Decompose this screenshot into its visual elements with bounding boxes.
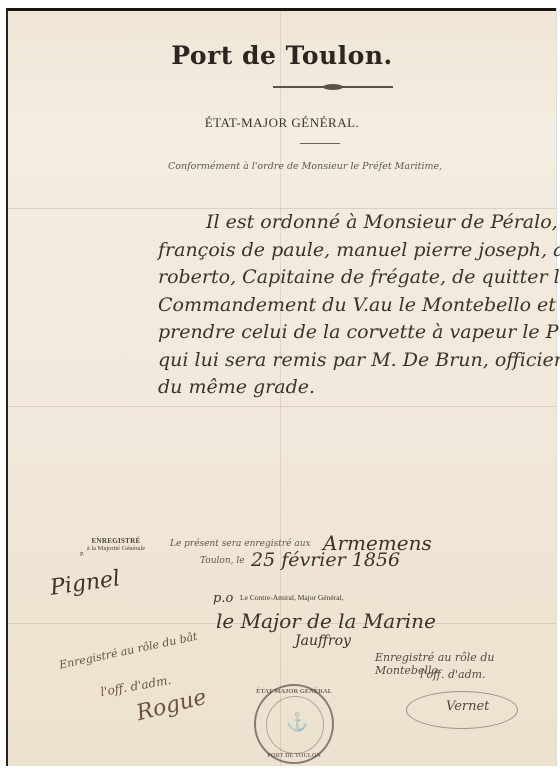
registration-signature: Pignel — [49, 566, 122, 601]
registration-p: P. — [66, 552, 166, 558]
body-line: Il est ordonné à Monsieur de Péralo, — [158, 209, 558, 237]
right-annotation-signature: Vernet — [446, 699, 489, 714]
registration-printed: Le présent sera enregistré aux — [170, 539, 311, 549]
body-line: qui lui sera remis par M. De Brun, offic… — [158, 347, 558, 375]
authority-line: Conformément à l'ordre de Monsieur le Pr… — [168, 161, 442, 172]
document-subtitle: ÉTAT-MAJOR GÉNÉRAL. — [8, 115, 556, 131]
body-line: prendre celui de la corvette à vapeur le… — [158, 319, 558, 347]
seal-top-text: ÉTAT MAJOR GÉNÉRAL — [256, 688, 332, 695]
body-line: françois de paule, manuel pierre joseph,… — [158, 237, 558, 265]
date-handwritten: 25 février 1856 — [251, 549, 400, 571]
ornamental-rule — [300, 143, 340, 144]
order-body: Il est ordonné à Monsieur de Péralo, fra… — [158, 209, 558, 402]
registration-box: ENREGISTRÉ à la Majorité Générale P. — [66, 537, 166, 558]
anchor-icon: ⚓ — [286, 712, 308, 733]
registration-office: à la Majorité Générale — [66, 545, 166, 552]
official-seal: ÉTAT MAJOR GÉNÉRAL ⚓ PORT DE TOULON — [254, 684, 334, 764]
body-line: du même grade. — [158, 374, 558, 402]
document-title: Port de Toulon. — [8, 41, 556, 70]
pp-mark: p.o — [213, 591, 233, 606]
seal-bottom-text: PORT DE TOULON — [256, 753, 332, 759]
right-annotation-line2: l'off. d'adm. — [420, 668, 486, 681]
date-printed: Toulon, le — [200, 556, 245, 566]
body-line: roberto, Capitaine de frégate, de quitte… — [158, 264, 558, 292]
registration-label: ENREGISTRÉ — [66, 537, 166, 545]
signatory-printed-title: Le Contre-Amiral, Major Général, — [240, 593, 344, 602]
document-sheet: Port de Toulon. ÉTAT-MAJOR GÉNÉRAL. Conf… — [6, 8, 556, 766]
signatory-signature: Jauffroy — [295, 633, 351, 649]
body-line: Commandement du V.au le Montebello et de — [158, 292, 558, 320]
signatory-handwritten-title: le Major de la Marine — [216, 609, 436, 633]
ornamental-rule — [273, 86, 393, 88]
fold-line — [8, 406, 556, 407]
left-annotation-line1: Enregistré au rôle du bât — [58, 630, 199, 672]
